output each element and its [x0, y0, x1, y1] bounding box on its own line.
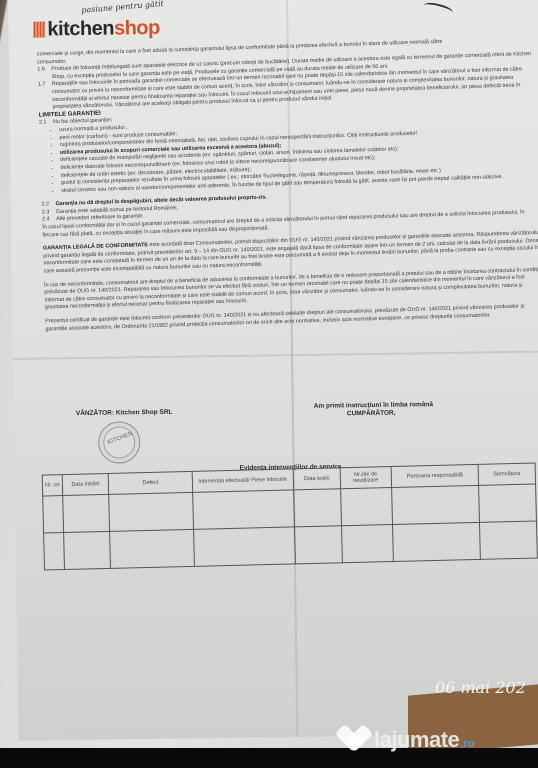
- table-cell: [43, 496, 64, 533]
- kitchenshop-wordmark: kitchenshop: [47, 17, 160, 42]
- column-header: Persoana responsabilă: [391, 464, 478, 487]
- table-cell: [479, 484, 537, 522]
- table-cell: [393, 522, 481, 561]
- warranty-text: comerciale și curge, din momentul la car…: [37, 36, 538, 334]
- table-cell: [63, 531, 111, 569]
- kitchenshop-logo-icon: [33, 21, 45, 37]
- column-header: Data ieșirii: [293, 468, 340, 490]
- kitchenaid-logo: KitchenAid: [391, 0, 503, 5]
- table-cell: [193, 527, 296, 566]
- buyer-note: Am primit instrucțiuni în limba română: [314, 401, 433, 410]
- lajumate-heart-icon: [332, 725, 372, 755]
- table-cell: [295, 526, 342, 564]
- table-cell: [479, 521, 537, 559]
- table-cell: [341, 525, 393, 563]
- kitchenshop-tagline: pasiune pentru gătit: [81, 0, 164, 15]
- date-stamp: 06 mai 202: [435, 678, 526, 697]
- paper-crease: [13, 350, 538, 360]
- column-header: Intervenția efectuată/ Piese înlocuite: [192, 469, 294, 492]
- service-table: Nr. crtData intrăriiDefectIntervenția ef…: [42, 463, 538, 571]
- table-cell: [192, 490, 295, 529]
- table-cell: [294, 489, 341, 527]
- table-cell: [392, 485, 480, 524]
- table-cell: [340, 488, 392, 526]
- column-header: Data intrării: [62, 473, 109, 495]
- column-header: Nr. crt: [42, 475, 62, 496]
- table-cell: [109, 492, 193, 531]
- lajumate-watermark: lajumate .ro: [332, 725, 474, 755]
- column-header: Defect: [109, 471, 193, 494]
- company-stamp: KITCHEN: [98, 421, 141, 464]
- seller-signature: VÂNZĂTOR: Kitchen Shop SRL: [76, 409, 173, 417]
- buyer-label: CUMPĂRĂTOR,: [347, 410, 396, 418]
- document-photo: pasiune pentru gătit kitchenshop Kitchen…: [0, 0, 538, 748]
- column-header: Nr.zile de neutilizare: [340, 467, 392, 489]
- column-header: Semnătura: [478, 463, 536, 485]
- table-cell: [44, 533, 65, 570]
- table-cell: [110, 529, 194, 568]
- warranty-paper: pasiune pentru gătit kitchenshop Kitchen…: [8, 0, 538, 741]
- table-cell: [62, 494, 110, 532]
